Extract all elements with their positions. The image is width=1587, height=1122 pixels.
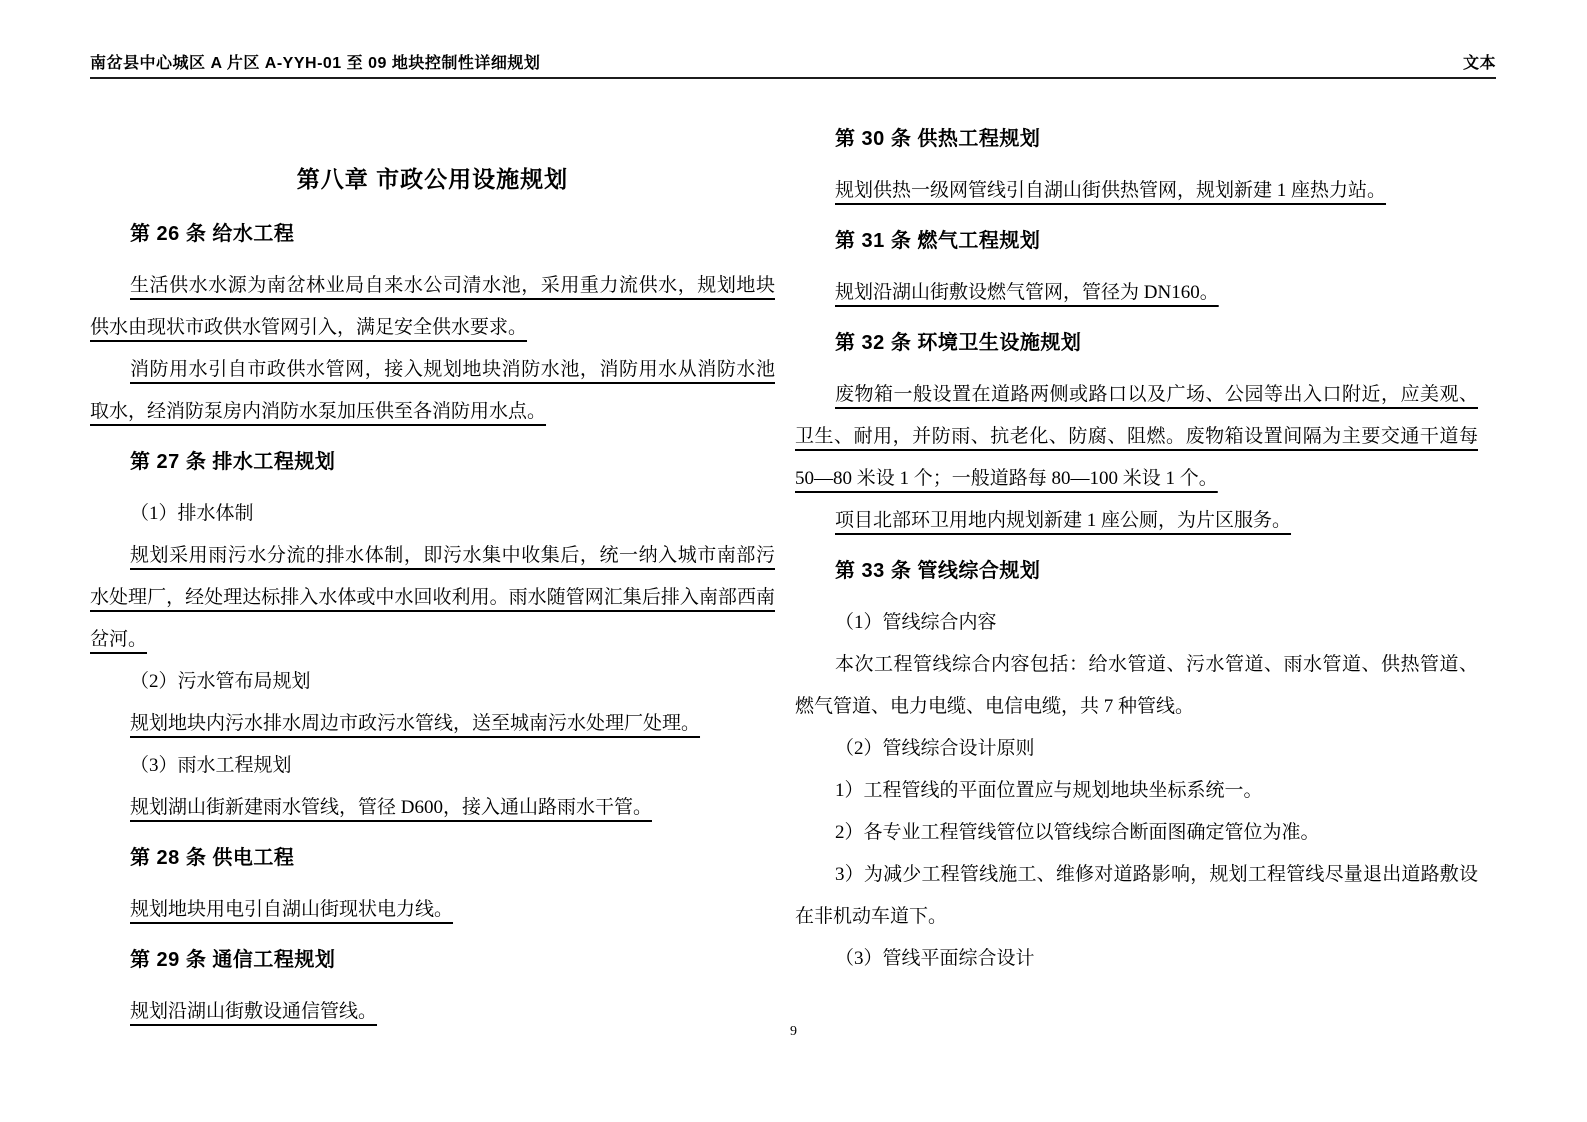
- heading: 第 28 条 供电工程: [90, 837, 775, 879]
- paragraph: 规划沿湖山街敷设燃气管网，管径为 DN160。: [795, 272, 1478, 314]
- heading: 第 33 条 管线综合规划: [795, 550, 1478, 592]
- header-doc-type-label: 文本: [1463, 50, 1496, 73]
- subheading: （2）污水管布局规划: [90, 661, 775, 703]
- heading: 第 27 条 排水工程规划: [90, 441, 775, 483]
- left-column: 第八章 市政公用设施规划第 26 条 给水工程生活供水水源为南岔林业局自来水公司…: [90, 80, 775, 1033]
- paragraph: 规划地块内污水排水周边市政污水管线，送至城南污水处理厂处理。: [90, 703, 775, 745]
- heading: 第 26 条 给水工程: [90, 213, 775, 255]
- page-header: 南岔县中心城区 A 片区 A-YYH-01 至 09 地块控制性详细规划 文本: [90, 50, 1496, 79]
- subheading: （3）雨水工程规划: [90, 745, 775, 787]
- right-column: 第 30 条 供热工程规划规划供热一级网管线引自湖山街供热管网，规划新建 1 座…: [795, 80, 1478, 1033]
- paragraph: 消防用水引自市政供水管网，接入规划地块消防水池，消防用水从消防水池取水，经消防泵…: [90, 349, 775, 433]
- heading: 第 31 条 燃气工程规划: [795, 220, 1478, 262]
- subheading: （1）管线综合内容: [795, 602, 1478, 644]
- subheading: （3）管线平面综合设计: [795, 938, 1478, 980]
- heading: 第 30 条 供热工程规划: [795, 118, 1478, 160]
- page-footer: 9: [0, 1024, 1587, 1040]
- subheading: （2）管线综合设计原则: [795, 728, 1478, 770]
- paragraph: 规划供热一级网管线引自湖山街供热管网，规划新建 1 座热力站。: [795, 170, 1478, 212]
- paragraph: 规划地块用电引自湖山街现状电力线。: [90, 889, 775, 931]
- two-column-body: 第八章 市政公用设施规划第 26 条 给水工程生活供水水源为南岔林业局自来水公司…: [90, 80, 1478, 1033]
- paragraph: 生活供水水源为南岔林业局自来水公司清水池，采用重力流供水，规划地块供水由现状市政…: [90, 265, 775, 349]
- heading: 第 29 条 通信工程规划: [90, 939, 775, 981]
- page-number: 9: [790, 1024, 797, 1039]
- paragraph: 规划湖山街新建雨水管线，管径 D600，接入通山路雨水干管。: [90, 787, 775, 829]
- subheading: （1）排水体制: [90, 493, 775, 535]
- heading: 第 32 条 环境卫生设施规划: [795, 322, 1478, 364]
- paragraph: 规划采用雨污水分流的排水体制，即污水集中收集后，统一纳入城市南部污水处理厂，经处…: [90, 535, 775, 661]
- chapter-title: 第八章 市政公用设施规划: [90, 154, 775, 204]
- paragraph: 废物箱一般设置在道路两侧或路口以及广场、公园等出入口附近，应美观、卫生、耐用，并…: [795, 374, 1478, 500]
- list-item: 2）各专业工程管线管位以管线综合断面图确定管位为准。: [795, 812, 1478, 854]
- paragraph: 本次工程管线综合内容包括：给水管道、污水管道、雨水管道、供热管道、燃气管道、电力…: [795, 644, 1478, 728]
- paragraph: 项目北部环卫用地内规划新建 1 座公厕，为片区服务。: [795, 500, 1478, 542]
- list-item: 1）工程管线的平面位置应与规划地块坐标系统一。: [795, 770, 1478, 812]
- document-page: 南岔县中心城区 A 片区 A-YYH-01 至 09 地块控制性详细规划 文本 …: [0, 0, 1587, 1122]
- list-item: 3）为减少工程管线施工、维修对道路影响，规划工程管线尽量退出道路敷设在非机动车道…: [795, 854, 1478, 938]
- header-document-title: 南岔县中心城区 A 片区 A-YYH-01 至 09 地块控制性详细规划: [90, 50, 540, 73]
